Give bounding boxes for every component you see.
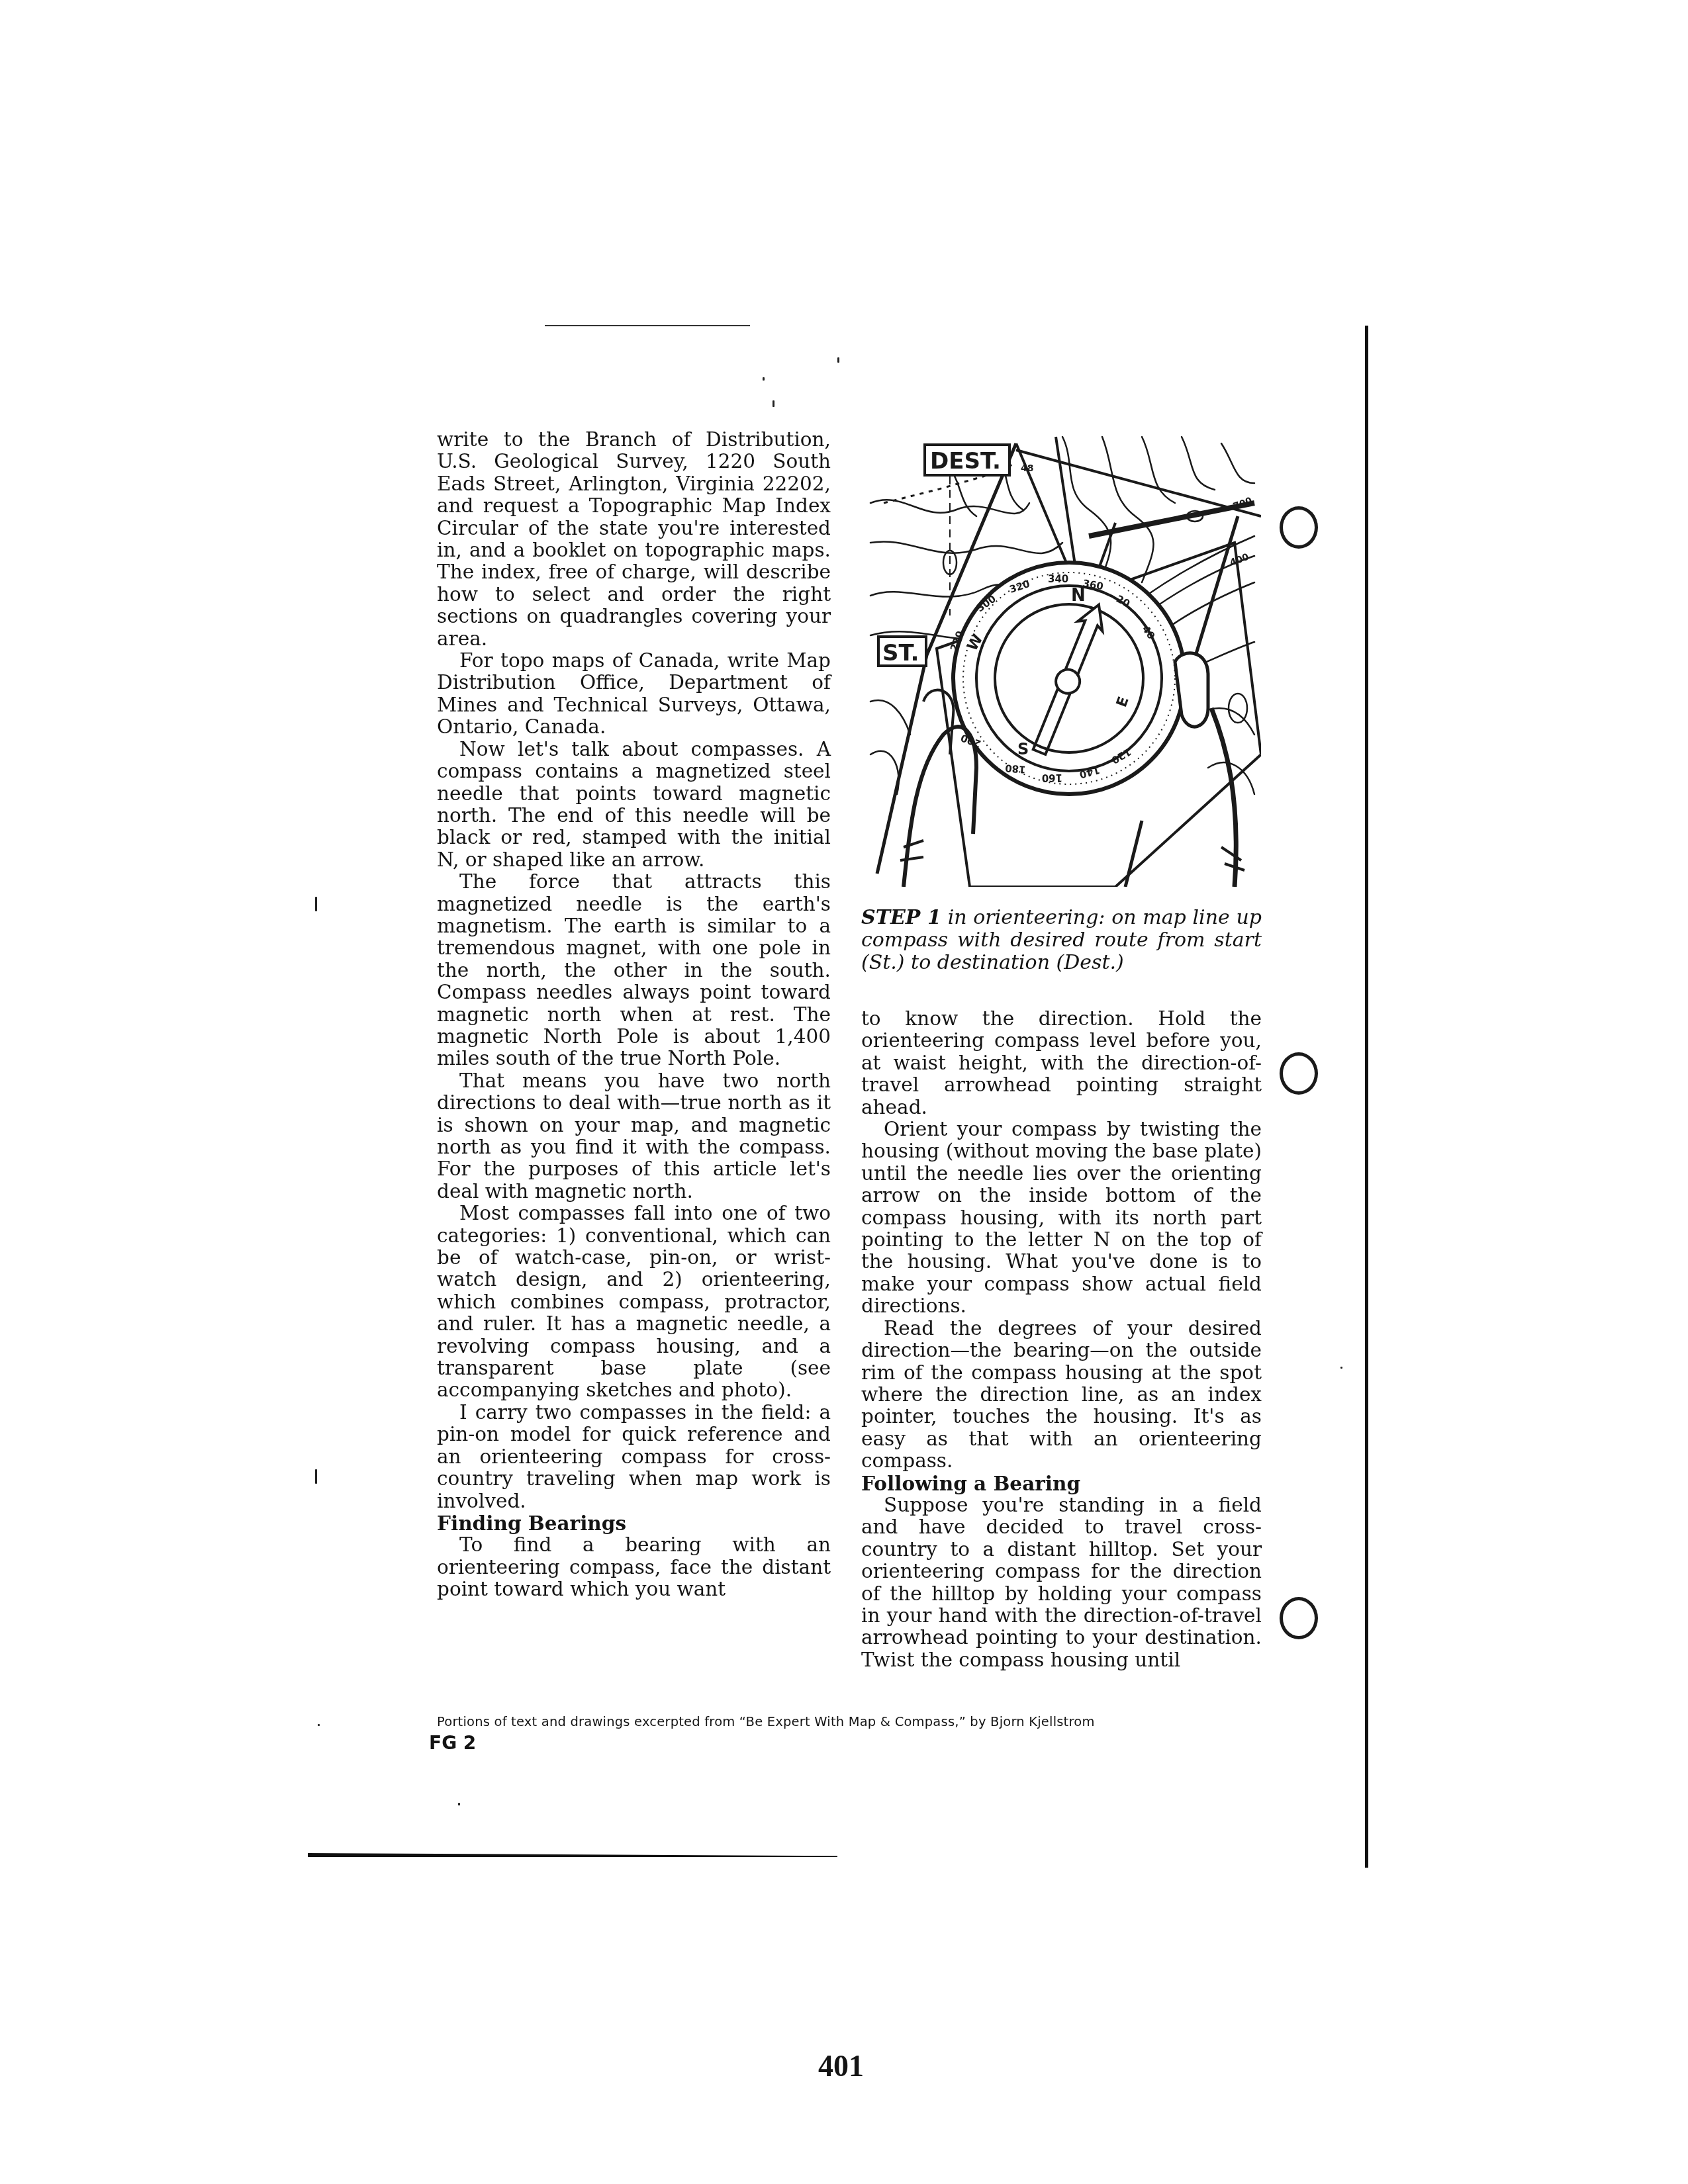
- article-column-left: write to the Branch of Distribution, U.S…: [437, 429, 831, 1601]
- subheading-finding-bearings: Finding Bearings: [437, 1512, 831, 1534]
- destination-label: DEST.: [930, 448, 1001, 475]
- paragraph: write to the Branch of Distribution, U.S…: [437, 429, 831, 650]
- compass-map-illustration: DEST. ST. 340 320 300 360 20 40 220 200 …: [864, 424, 1261, 887]
- scan-speck: [318, 1724, 320, 1726]
- caption-lead: STEP 1: [861, 906, 941, 929]
- scan-speck: [315, 897, 317, 911]
- footer-rule: [308, 1853, 837, 1857]
- dial-label: 340: [1048, 573, 1068, 585]
- source-credit: Portions of text and drawings excerpted …: [437, 1714, 1271, 1729]
- paragraph: The force that attracts this magnetized …: [437, 871, 831, 1070]
- binder-hole-top: [1280, 506, 1318, 549]
- paragraph: That means you have two north directions…: [437, 1070, 831, 1203]
- scan-speck: [458, 1803, 460, 1805]
- contour-label: 400: [1229, 552, 1250, 569]
- paragraph: Now let's talk about compasses. A compas…: [437, 739, 831, 871]
- paragraph: Orient your compass by twisting the hous…: [861, 1118, 1262, 1318]
- paragraph: Most compasses fall into one of two cate…: [437, 1203, 831, 1402]
- subheading-following-a-bearing: Following a Bearing: [861, 1473, 1262, 1494]
- scan-speck: [773, 400, 774, 407]
- scan-speck: [315, 1469, 317, 1484]
- north-marker: N: [1071, 586, 1086, 606]
- south-marker: S: [1017, 740, 1029, 758]
- scan-speck: [837, 357, 839, 363]
- section-code: FG 2: [429, 1732, 476, 1754]
- header-rule: [545, 325, 750, 326]
- contour-label: 48: [1021, 463, 1033, 474]
- dial-label: 180: [1005, 762, 1027, 776]
- paragraph: Read the degrees of your desired directi…: [861, 1318, 1262, 1473]
- binder-hole-middle: [1280, 1052, 1318, 1095]
- scan-speck: [763, 377, 765, 381]
- topographic-map-drawing: DEST. ST. 340 320 300 360 20 40 220 200 …: [864, 424, 1261, 887]
- start-label: ST.: [882, 640, 919, 666]
- paragraph: To find a bearing with an orienteering c…: [437, 1534, 831, 1600]
- contour-label: 700: [1232, 496, 1254, 512]
- dial-label: 160: [1042, 772, 1062, 784]
- scan-speck: [1340, 1367, 1342, 1369]
- binder-hole-bottom: [1280, 1597, 1318, 1639]
- binding-edge-line: [1365, 326, 1368, 1868]
- page-number: 401: [818, 2048, 864, 2083]
- document-page: write to the Branch of Distribution, U.S…: [0, 0, 1688, 2184]
- paragraph: I carry two compasses in the field: a pi…: [437, 1402, 831, 1512]
- paragraph: Suppose you're standing in a field and h…: [861, 1494, 1262, 1671]
- paragraph: to know the direction. Hold the orientee…: [861, 1008, 1262, 1118]
- article-column-right: to know the direction. Hold the orientee…: [861, 1008, 1262, 1671]
- figure-caption: STEP 1 in orienteering: on map line up c…: [861, 907, 1262, 974]
- paragraph: For topo maps of Canada, write Map Distr…: [437, 650, 831, 739]
